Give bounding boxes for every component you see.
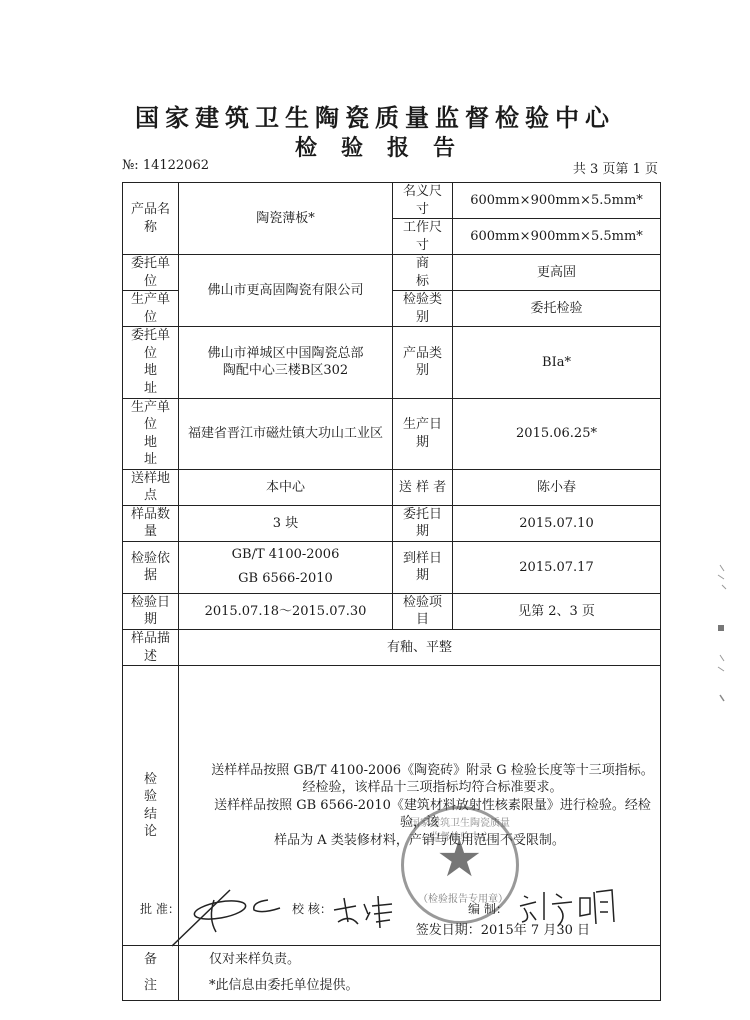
- doc-no-value: 14122062: [143, 158, 209, 173]
- company-name: 佛山市更高固陶瓷有限公司: [179, 255, 393, 327]
- nominal-size: 600mm×900mm×5.5mm*: [453, 183, 661, 219]
- product-name: 陶瓷薄板*: [179, 183, 393, 255]
- conclusion-para-1: 送样样品按照 GB/T 4100-2006《陶瓷砖》附录 G 检验长度等十三项指…: [183, 762, 656, 780]
- producer-address-label-line1: 生产单位: [127, 399, 174, 434]
- organization-title: 国家建筑卫生陶瓷质量监督检验中心: [0, 98, 750, 133]
- inspection-type-label: 检验类别: [393, 291, 453, 327]
- conclusion-label-char: 验: [127, 788, 174, 806]
- signature-row: 批 准： 校 核： 编 制：: [0, 896, 750, 956]
- sample-location: 本中心: [179, 469, 393, 505]
- conclusion-label-char: 论: [127, 823, 174, 841]
- product-category: BⅠa*: [453, 327, 661, 398]
- sample-quantity-label: 样品数量: [123, 505, 179, 541]
- commission-date-label: 委托日期: [393, 505, 453, 541]
- description-label: 样品描述: [123, 630, 179, 666]
- basis: GB/T 4100-2006 GB 6566-2010: [179, 541, 393, 593]
- producer-address-label: 生产单位 地 址: [123, 398, 179, 469]
- sender-label: 送 样 者: [393, 469, 453, 505]
- trademark: 更高固: [453, 255, 661, 291]
- client-address: 佛山市禅城区中国陶瓷总部 陶配中心三楼B区302: [179, 327, 393, 398]
- inspection-date: 2015.07.18～2015.07.30: [179, 593, 393, 629]
- inspection-type: 委托检验: [453, 291, 661, 327]
- conclusion-label-char: 结: [127, 806, 174, 824]
- producer-address-label-line2: 地 址: [127, 434, 174, 469]
- producer-label: 生产单位: [123, 291, 179, 327]
- description: 有釉、平整: [179, 630, 661, 666]
- remarks-label-char: 注: [127, 973, 174, 999]
- sample-location-label: 送样地点: [123, 469, 179, 505]
- inspection-items-label: 检验项目: [393, 593, 453, 629]
- commission-date: 2015.07.10: [453, 505, 661, 541]
- basis-label: 检验依据: [123, 541, 179, 593]
- product-name-label: 产品名称: [123, 183, 179, 255]
- client-address-line2: 陶配中心三楼B区302: [183, 362, 388, 380]
- compile-signature: [518, 886, 618, 930]
- remarks-line-2: *此信息由委托单位提供。: [183, 973, 656, 999]
- producer-address: 福建省晋江市磁灶镇大功山工业区: [179, 398, 393, 469]
- review-signature: [330, 892, 400, 932]
- sample-quantity: 3 块: [179, 505, 393, 541]
- client-address-label-line1: 委托单位: [127, 327, 174, 362]
- basis-standard-1: GB/T 4100-2006: [183, 543, 388, 567]
- inspection-date-label: 检验日期: [123, 593, 179, 629]
- client-address-label: 委托单位 地 址: [123, 327, 179, 398]
- conclusion-label-char: 检: [127, 771, 174, 789]
- report-table: 产品名称 陶瓷薄板* 名义尺寸 600mm×900mm×5.5mm* 工作尺寸 …: [122, 182, 661, 1001]
- work-size-label: 工作尺寸: [393, 219, 453, 255]
- page-info: 共 3 页第 1 页: [573, 158, 658, 177]
- product-category-label: 产品类别: [393, 327, 453, 398]
- production-date: 2015.06.25*: [453, 398, 661, 469]
- inspection-items: 见第 2、3 页: [453, 593, 661, 629]
- review-label: 校 核：: [292, 900, 332, 917]
- client-address-label-line2: 地 址: [127, 362, 174, 397]
- conclusion-para-2: 经检验，该样品十三项指标均符合标准要求。: [183, 779, 656, 797]
- doc-no-label: №:: [122, 158, 139, 173]
- star-icon: ★: [436, 833, 483, 885]
- scan-noise-icon: [712, 545, 732, 715]
- work-size: 600mm×900mm×5.5mm*: [453, 219, 661, 255]
- arrival-date: 2015.07.17: [453, 541, 661, 593]
- basis-standard-2: GB 6566-2010: [183, 567, 388, 591]
- arrival-date-label: 到样日期: [393, 541, 453, 593]
- trademark-label: 商 标: [393, 255, 453, 291]
- compile-label: 编 制：: [468, 900, 508, 917]
- nominal-size-label: 名义尺寸: [393, 183, 453, 219]
- client-label: 委托单位: [123, 255, 179, 291]
- sender: 陈小春: [453, 469, 661, 505]
- scan-artifact-marks: [712, 545, 732, 715]
- production-date-label: 生产日期: [393, 398, 453, 469]
- document-number: №: 14122062: [122, 158, 209, 173]
- approve-signature: [168, 888, 288, 952]
- client-address-line1: 佛山市禅城区中国陶瓷总部: [183, 345, 388, 363]
